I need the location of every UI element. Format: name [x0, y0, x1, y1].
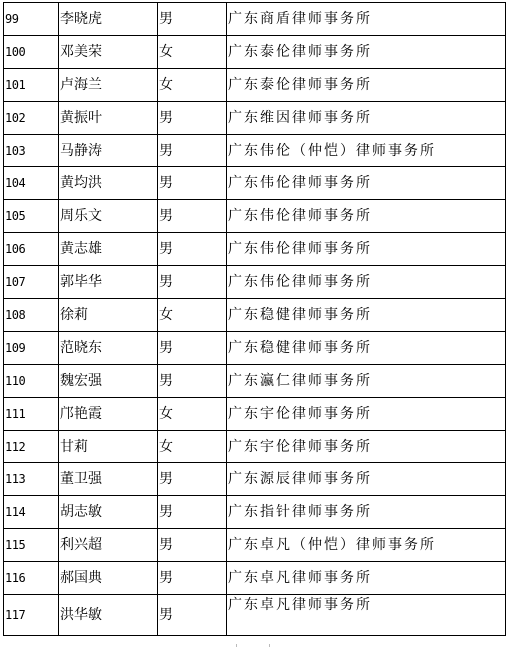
table-row: 117洪华敏男广东卓凡律师事务所: [4, 595, 506, 636]
person-name-cell: 甘莉: [59, 430, 158, 463]
table-row: 110魏宏强男广东瀛仁律师事务所: [4, 364, 506, 397]
table-row: 109范晓东男广东稳健律师事务所: [4, 331, 506, 364]
person-name-cell: 邓美荣: [59, 35, 158, 68]
person-name-cell: 郝国典: [59, 562, 158, 595]
table-row: 116郝国典男广东卓凡律师事务所: [4, 562, 506, 595]
row-number-cell: 116: [4, 562, 59, 595]
gender-cell: 男: [158, 562, 227, 595]
table-row: 101卢海兰女广东泰伦律师事务所: [4, 68, 506, 101]
law-firm-cell: 广东维因律师事务所: [227, 101, 506, 134]
gender-cell: 女: [158, 397, 227, 430]
gender-cell: 男: [158, 595, 227, 636]
person-name-cell: 胡志敏: [59, 496, 158, 529]
table-row: 102黄振叶男广东维因律师事务所: [4, 101, 506, 134]
row-number-cell: 111: [4, 397, 59, 430]
lawyer-roster-table: 99李晓虎男广东商盾律师事务所100邓美荣女广东泰伦律师事务所101卢海兰女广东…: [3, 2, 506, 636]
row-number-cell: 112: [4, 430, 59, 463]
gender-cell: 男: [158, 266, 227, 299]
gender-cell: 男: [158, 167, 227, 200]
person-name-cell: 邝艳霞: [59, 397, 158, 430]
person-name-cell: 李晓虎: [59, 3, 158, 36]
row-number-cell: 108: [4, 299, 59, 332]
table-row: 104黄均洪男广东伟伦律师事务所: [4, 167, 506, 200]
table-row: 99李晓虎男广东商盾律师事务所: [4, 3, 506, 36]
gender-cell: 女: [158, 299, 227, 332]
law-firm-cell: 广东伟伦律师事务所: [227, 167, 506, 200]
table-row: 103马静涛男广东伟伦（仲恺）律师事务所: [4, 134, 506, 167]
gender-cell: 男: [158, 364, 227, 397]
row-number-cell: 109: [4, 331, 59, 364]
law-firm-cell: 广东卓凡律师事务所: [227, 595, 506, 636]
row-number-cell: 106: [4, 233, 59, 266]
person-name-cell: 徐莉: [59, 299, 158, 332]
gender-cell: 男: [158, 463, 227, 496]
gender-cell: 男: [158, 331, 227, 364]
gender-cell: 男: [158, 200, 227, 233]
law-firm-cell: 广东稳健律师事务所: [227, 299, 506, 332]
table-row: 115利兴超男广东卓凡（仲恺）律师事务所: [4, 529, 506, 562]
gender-cell: 女: [158, 35, 227, 68]
law-firm-cell: 广东稳健律师事务所: [227, 331, 506, 364]
gender-cell: 男: [158, 529, 227, 562]
gender-cell: 男: [158, 101, 227, 134]
person-name-cell: 董卫强: [59, 463, 158, 496]
law-firm-cell: 广东泰伦律师事务所: [227, 35, 506, 68]
row-number-cell: 113: [4, 463, 59, 496]
table-row: 114胡志敏男广东指针律师事务所: [4, 496, 506, 529]
person-name-cell: 郭毕华: [59, 266, 158, 299]
law-firm-cell: 广东伟伦律师事务所: [227, 233, 506, 266]
table-row: 107郭毕华男广东伟伦律师事务所: [4, 266, 506, 299]
law-firm-cell: 广东泰伦律师事务所: [227, 68, 506, 101]
gender-cell: 女: [158, 68, 227, 101]
law-firm-cell: 广东宇伦律师事务所: [227, 430, 506, 463]
table-row: 111邝艳霞女广东宇伦律师事务所: [4, 397, 506, 430]
row-number-cell: 102: [4, 101, 59, 134]
person-name-cell: 利兴超: [59, 529, 158, 562]
person-name-cell: 卢海兰: [59, 68, 158, 101]
law-firm-cell: 广东伟伦（仲恺）律师事务所: [227, 134, 506, 167]
person-name-cell: 黄均洪: [59, 167, 158, 200]
table-row: 106黄志雄男广东伟伦律师事务所: [4, 233, 506, 266]
gender-cell: 男: [158, 134, 227, 167]
law-firm-cell: 广东伟伦律师事务所: [227, 266, 506, 299]
row-number-cell: 114: [4, 496, 59, 529]
gender-cell: 男: [158, 496, 227, 529]
table-row: 105周乐文男广东伟伦律师事务所: [4, 200, 506, 233]
gender-cell: 女: [158, 430, 227, 463]
gender-cell: 男: [158, 233, 227, 266]
person-name-cell: 黄振叶: [59, 101, 158, 134]
law-firm-cell: 广东宇伦律师事务所: [227, 397, 506, 430]
table-row: 112甘莉女广东宇伦律师事务所: [4, 430, 506, 463]
law-firm-cell: 广东伟伦律师事务所: [227, 200, 506, 233]
roster-body: 99李晓虎男广东商盾律师事务所100邓美荣女广东泰伦律师事务所101卢海兰女广东…: [4, 3, 506, 636]
law-firm-cell: 广东卓凡（仲恺）律师事务所: [227, 529, 506, 562]
table-row: 100邓美荣女广东泰伦律师事务所: [4, 35, 506, 68]
row-number-cell: 99: [4, 3, 59, 36]
law-firm-cell: 广东瀛仁律师事务所: [227, 364, 506, 397]
row-number-cell: 105: [4, 200, 59, 233]
row-number-cell: 103: [4, 134, 59, 167]
row-number-cell: 117: [4, 595, 59, 636]
row-number-cell: 104: [4, 167, 59, 200]
person-name-cell: 马静涛: [59, 134, 158, 167]
table-row: 108徐莉女广东稳健律师事务所: [4, 299, 506, 332]
person-name-cell: 周乐文: [59, 200, 158, 233]
law-firm-cell: 广东商盾律师事务所: [227, 3, 506, 36]
person-name-cell: 魏宏强: [59, 364, 158, 397]
row-number-cell: 100: [4, 35, 59, 68]
row-number-cell: 110: [4, 364, 59, 397]
law-firm-cell: 广东指针律师事务所: [227, 496, 506, 529]
table-row: 113董卫强男广东源辰律师事务所: [4, 463, 506, 496]
row-number-cell: 107: [4, 266, 59, 299]
person-name-cell: 洪华敏: [59, 595, 158, 636]
row-number-cell: 101: [4, 68, 59, 101]
row-number-cell: 115: [4, 529, 59, 562]
person-name-cell: 黄志雄: [59, 233, 158, 266]
gender-cell: 男: [158, 3, 227, 36]
person-name-cell: 范晓东: [59, 331, 158, 364]
law-firm-cell: 广东卓凡律师事务所: [227, 562, 506, 595]
law-firm-cell: 广东源辰律师事务所: [227, 463, 506, 496]
